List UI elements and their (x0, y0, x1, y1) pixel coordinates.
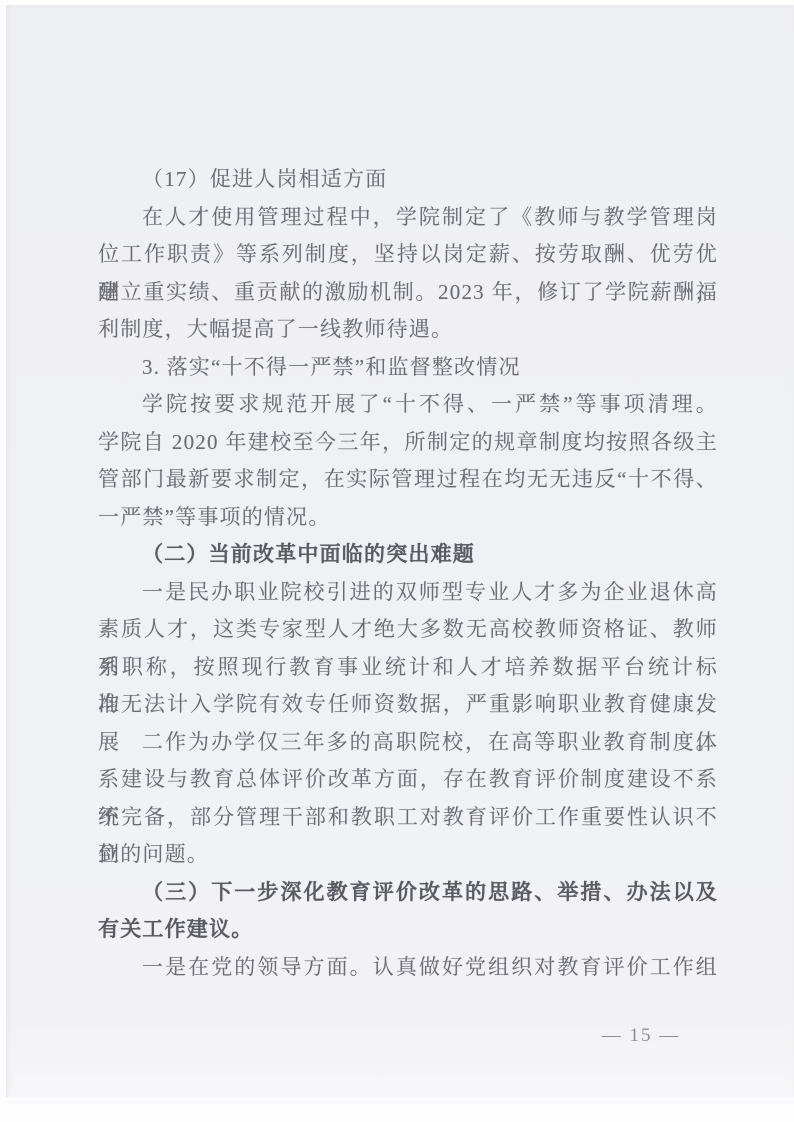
text-line: 均无法计入学院有效专任师资数据，严重影响职业教育健康发展。 (98, 686, 718, 724)
text-line: 一严禁”等事项的情况。 (98, 499, 718, 537)
document-text-column: （17）促进人岗相适方面在人才使用管理过程中，学院制定了《教师与教学管理岗位工作… (98, 161, 718, 986)
text-line: 列职称，按照现行教育事业统计和人才培养数据平台统计标准， (98, 649, 718, 687)
text-line: 在人才使用管理过程中，学院制定了《教师与教学管理岗 (98, 199, 718, 237)
text-line: 不完备，部分管理干部和教职工对教育评价工作重要性认识不到 (98, 799, 718, 837)
text-line: （17）促进人岗相适方面 (98, 161, 718, 199)
text-line: 建立重实绩、重贡献的激励机制。2023 年，修订了学院薪酬福 (98, 274, 718, 312)
text-line: 有关工作建议。 (98, 911, 718, 949)
text-line: 利制度，大幅提高了一线教师待遇。 (98, 311, 718, 349)
text-line: 学院按要求规范开展了“十不得、一严禁”等事项清理。 (98, 386, 718, 424)
text-line: 一是民办职业院校引进的双师型专业人才多为企业退休高 (98, 574, 718, 612)
text-line: 素质人才，这类专家型人才绝大多数无高校教师资格证、教师系 (98, 611, 718, 649)
text-line: （三）下一步深化教育评价改革的思路、举措、办法以及 (98, 874, 718, 912)
text-line: 一是在党的领导方面。认真做好党组织对教育评价工作组 (98, 949, 718, 987)
text-line: （二）当前改革中面临的突出难题 (98, 536, 718, 574)
text-line: 系建设与教育总体评价改革方面，存在教育评价制度建设不系统 (98, 761, 718, 799)
text-line: 管部门最新要求制定，在实际管理过程在均无无违反“十不得、 (98, 461, 718, 499)
text-line: 学院自 2020 年建校至今三年，所制定的规章制度均按照各级主 (98, 424, 718, 462)
text-line: 二作为办学仅三年多的高职院校，在高等职业教育制度体 (98, 724, 718, 762)
text-line: 位的问题。 (98, 836, 718, 874)
scan-bottom-edge (6, 1097, 794, 1105)
text-line: 位工作职责》等系列制度，坚持以岗定薪、按劳取酬、优劳优酬， (98, 236, 718, 274)
page-number: — 15 — (566, 1018, 716, 1054)
scanned-document-page: （17）促进人岗相适方面在人才使用管理过程中，学院制定了《教师与教学管理岗位工作… (6, 5, 794, 1105)
text-line: 3. 落实“十不得一严禁”和监督整改情况 (98, 349, 718, 387)
